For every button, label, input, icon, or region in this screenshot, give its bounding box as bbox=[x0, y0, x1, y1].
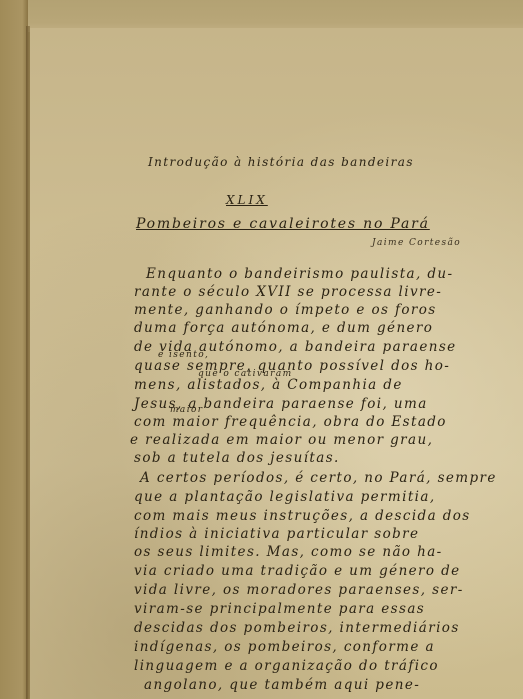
author-note: Jaime Cortesão bbox=[372, 238, 461, 248]
text-line-10: e realizada em maior ou menor grau, bbox=[130, 432, 433, 448]
text-line-16: os seus limites. Mas, como se não ha- bbox=[134, 544, 443, 560]
chapter-number: XLIX bbox=[226, 193, 268, 207]
text-line-4: duma força autónoma, e dum género bbox=[134, 320, 433, 336]
text-line-22: linguagem e a organização do tráfico bbox=[134, 658, 439, 674]
text-line-2: rante o século XVII se processa livre- bbox=[134, 284, 442, 300]
text-line-13: que a plantação legislativa permitia, bbox=[134, 489, 436, 505]
text-line-12: A certos períodos, é certo, no Pará, sem… bbox=[140, 470, 497, 486]
chapter-title: Pombeiros e cavaleirotes no Pará bbox=[136, 216, 430, 232]
text-line-23: angolano, que também aqui pene- bbox=[144, 677, 420, 693]
text-line-21: indígenas, os pombeiros, conforme a bbox=[134, 639, 435, 655]
text-line-7: mens, alistados, à Companhia de bbox=[134, 377, 403, 393]
text-line-14: com mais meus instruções, a descida dos bbox=[134, 508, 471, 524]
manuscript-page: Introdução à história das bandeiras XLIX… bbox=[30, 28, 523, 699]
text-line-3: mente, ganhando o ímpeto e os foros bbox=[134, 302, 437, 318]
left-page-edge bbox=[0, 0, 28, 699]
running-header: Introdução à história das bandeiras bbox=[148, 155, 414, 169]
text-line-18: vida livre, os moradores paraenses, ser- bbox=[134, 582, 464, 598]
text-line-15: índios à iniciativa particular sobre bbox=[134, 526, 419, 542]
text-line-17: via criado uma tradição e um género de bbox=[134, 563, 461, 579]
text-line-19: viram-se principalmente para essas bbox=[134, 601, 425, 617]
text-line-20: descidas dos pombeiros, intermediários bbox=[134, 620, 460, 636]
text-line-9: com maior frequência, obra do Estado bbox=[134, 414, 447, 430]
text-line-1: Enquanto o bandeirismo paulista, du- bbox=[146, 266, 453, 282]
text-line-11: sob a tutela dos jesuítas. bbox=[134, 450, 340, 466]
